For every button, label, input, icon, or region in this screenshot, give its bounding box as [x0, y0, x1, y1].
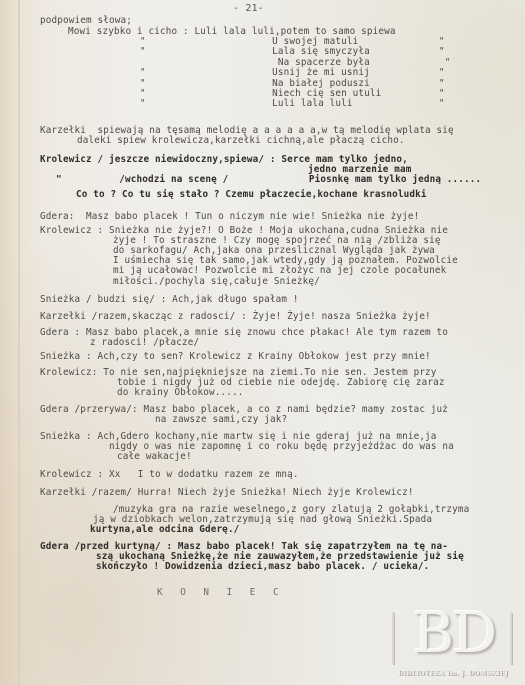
- text-line: daleki spiew krolewicza,karzełki cichną,…: [77, 136, 405, 146]
- document-page: - 21- podpowiem słowa;Mowi szybko i cich…: [0, 0, 525, 685]
- ending-label: K O N I E C: [157, 588, 285, 598]
- text-line: z radosci! /płacze/: [90, 338, 199, 348]
- text-line: Karzełki /razem/ Hurra! Niech żyje Snież…: [40, 488, 414, 498]
- page-number: - 21-: [233, 4, 264, 14]
- logo-left-bar: [392, 612, 394, 664]
- text-line: skończyło ! Dowidzenia dzieci,masz babo …: [96, 562, 429, 572]
- text-line: miłości./pochyla się,całuje Snieżkę/: [113, 277, 320, 287]
- text-line: Krolewicz : Xx I to w dodatku razem ze m…: [40, 470, 299, 480]
- text-line: na zawsze sami,czy jak?: [155, 415, 287, 425]
- text-line: " Usnij że mi usnij ": [140, 68, 445, 78]
- text-line: " /wchodzi na scenę / Piosnkę mam tylko …: [56, 175, 481, 185]
- logo-right-bar: [510, 612, 512, 664]
- paper-fold-shadow: [18, 0, 20, 685]
- logo-monogram: BD: [408, 602, 500, 666]
- logo-caption: BIBLIOTEKA im. J. DOMSKIEJ: [388, 670, 518, 677]
- text-line: " Luli lala luli ": [140, 99, 445, 109]
- text-line: Karzełki /razem,skacząc z radosci/ : Żyj…: [40, 312, 431, 322]
- text-line: podpowiem słowa;: [40, 16, 132, 26]
- text-line: Co to ? Co tu się stało ? Czemu płaczeci…: [76, 190, 427, 200]
- text-line: Snieżka / budzi się/ : Ach,jak długo spa…: [40, 295, 299, 305]
- text-line: kurtyna,ale odcina Gderę./: [90, 525, 239, 535]
- text-line: całe wakacje!: [117, 452, 192, 462]
- text-line: mi ją ucałowac! Pozwolcie mi złożyc na j…: [113, 266, 446, 276]
- library-watermark-logo: BD BIBLIOTEKA im. J. DOMSKIEJ: [388, 608, 518, 680]
- text-line: " Lala się smyczyła ": [140, 47, 445, 57]
- text-line: do krainy Obłokow.....: [117, 388, 243, 398]
- text-line: Gdera: Masz babo placek ! Tun o niczym n…: [40, 212, 419, 222]
- text-line: Snieżka : Ach,czy to sen? Krolewicz z Kr…: [40, 352, 431, 362]
